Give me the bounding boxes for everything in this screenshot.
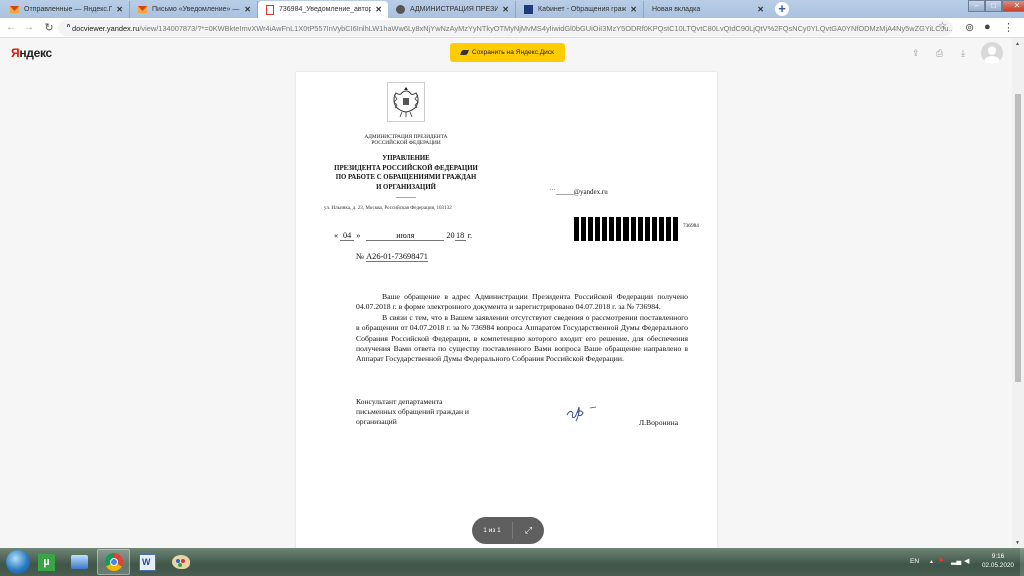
close-tab-icon[interactable]: ✕: [244, 5, 251, 14]
registration-number: № А26-01-73698471: [356, 252, 428, 261]
divider: [396, 197, 416, 198]
address-bar[interactable]: docviewer.yandex.ru/view/134007873/?*=0K…: [58, 20, 953, 36]
word-icon: [139, 554, 156, 571]
tab-notification-letter[interactable]: Письмо «Уведомление» — почта ✕: [130, 1, 258, 18]
tab-document-viewer[interactable]: 736984_Уведомление_автору_8 ✕: [258, 1, 388, 18]
handwritten-signature: [564, 401, 604, 430]
avatar[interactable]: [981, 42, 1003, 64]
document-page: АДМИНИСТРАЦИЯ ПРЕЗИДЕНТА РОССИЙСКОЙ ФЕДЕ…: [296, 72, 717, 552]
network-warning-icon[interactable]: ⚑: [938, 557, 944, 565]
tab-title: Кабинет - Обращения граждан: [538, 6, 626, 13]
tab-title: Новая вкладка: [652, 6, 753, 13]
scroll-up-arrow-icon[interactable]: ▲: [1015, 41, 1020, 47]
signer-name: Л.Воронина: [639, 418, 678, 427]
reload-icon[interactable]: ↻: [42, 21, 56, 34]
tab-title: АДМИНИСТРАЦИЯ ПРЕЗИДЕНТА: [410, 6, 498, 13]
pdf-icon: [266, 5, 274, 15]
taskbar-word[interactable]: [131, 549, 164, 575]
extension-icon[interactable]: ⊚: [965, 21, 974, 34]
profile-icon[interactable]: ●: [984, 21, 991, 33]
barcode-number: 736984: [683, 223, 699, 229]
letter-body: Ваше обращение в адрес Администрации Пре…: [356, 292, 688, 365]
new-tab-button[interactable]: +: [775, 2, 789, 16]
docviewer-header: Яндекс Сохранить на Яндекс.Диск ⇪ ⎙ ⤓: [0, 38, 1012, 70]
globe-icon: [396, 5, 405, 14]
tab-new-tab[interactable]: Новая вкладка ✕: [644, 1, 770, 18]
taskbar-computer[interactable]: [63, 549, 96, 575]
tab-title: 736984_Уведомление_автору_8: [279, 6, 371, 13]
emblem-icon: [524, 5, 533, 14]
computer-icon: [71, 555, 88, 569]
page-counter: 1 из 1: [472, 527, 512, 534]
share-icon[interactable]: ⇪: [912, 48, 920, 59]
print-icon[interactable]: ⎙: [936, 48, 943, 59]
volume-icon[interactable]: ◀: [964, 557, 969, 565]
close-tab-icon[interactable]: ✕: [630, 5, 637, 14]
tab-administration[interactable]: АДМИНИСТРАЦИЯ ПРЕЗИДЕНТА ✕: [388, 1, 516, 18]
language-indicator[interactable]: EN: [910, 558, 919, 565]
scrollbar-thumb[interactable]: [1015, 94, 1021, 382]
page-scrollbar[interactable]: ▲ ▼: [1012, 38, 1024, 548]
paragraph: В связи с тем, что в Вашем заявлении отс…: [356, 313, 688, 365]
maximize-button[interactable]: □: [985, 0, 1002, 12]
paragraph: Ваше обращение в адрес Администрации Пре…: [356, 292, 688, 313]
yandex-logo[interactable]: Яндекс: [11, 46, 52, 60]
barcode: [574, 217, 678, 241]
menu-kebab-icon[interactable]: ⋮: [1003, 21, 1014, 34]
page-navigator: 1 из 1 ⤢: [472, 517, 544, 544]
taskbar-paint[interactable]: [164, 549, 197, 575]
show-desktop-button[interactable]: [1020, 548, 1024, 576]
sender-address: ул. Ильинка, д. 23, Москва, Российская Ф…: [324, 205, 452, 211]
tab-sent-mail[interactable]: Отправленные — Яндекс.Почта ✕: [2, 1, 130, 18]
document-date: « 04 » июля 2018 г.: [334, 231, 472, 241]
url-host: docviewer.yandex.ru: [72, 24, 139, 33]
system-clock[interactable]: 9:16 02.05.2020: [976, 552, 1020, 570]
paint-icon: [172, 555, 190, 569]
close-tab-icon[interactable]: ✕: [502, 5, 509, 14]
signal-icon[interactable]: ▂▄: [951, 557, 961, 565]
scroll-down-arrow-icon[interactable]: ▼: [1015, 540, 1020, 546]
close-tab-icon[interactable]: ✕: [757, 5, 764, 14]
save-to-yandex-disk-button[interactable]: Сохранить на Яндекс.Диск: [450, 43, 565, 62]
browser-toolbar: ← → ↻ docviewer.yandex.ru/view/134007873…: [0, 18, 1024, 38]
windows-taskbar: µ EN ▲ ⚑ ▂▄ ◀ 9:16 02.05.2020: [0, 548, 1024, 576]
close-window-button[interactable]: ✕: [1002, 0, 1024, 12]
download-icon[interactable]: ⤓: [961, 48, 965, 59]
bookmark-star-icon[interactable]: ☆: [938, 21, 947, 32]
back-icon[interactable]: ←: [4, 22, 18, 33]
disk-icon: [460, 50, 469, 55]
browser-tab-strip: Отправленные — Яндекс.Почта ✕ Письмо «Ув…: [0, 0, 1024, 18]
tray-expand-icon[interactable]: ▲: [929, 559, 934, 565]
tab-title: Отправленные — Яндекс.Почта: [24, 6, 112, 13]
recipient-email: ˈ˙˙_____@yandex.ru: [549, 188, 608, 196]
yandex-mail-icon: [138, 6, 147, 13]
fullscreen-expand-icon[interactable]: ⤢: [513, 525, 544, 536]
close-tab-icon[interactable]: ✕: [116, 5, 123, 14]
close-tab-icon[interactable]: ✕: [375, 5, 382, 14]
minimize-button[interactable]: –: [968, 0, 985, 12]
taskbar-utorrent[interactable]: µ: [30, 549, 63, 575]
signer-position: Консультант департамента письменных обра…: [356, 397, 469, 427]
department-title: УПРАВЛЕНИЕ ПРЕЗИДЕНТА РОССИЙСКОЙ ФЕДЕРАЦ…: [316, 154, 496, 192]
forward-icon[interactable]: →: [22, 22, 36, 33]
window-controls: – □ ✕: [968, 0, 1024, 12]
yandex-mail-icon: [10, 6, 19, 13]
russian-emblem-icon: [387, 82, 425, 122]
administration-title: АДМИНИСТРАЦИЯ ПРЕЗИДЕНТА РОССИЙСКОЙ ФЕДЕ…: [336, 134, 476, 147]
utorrent-icon: µ: [38, 554, 55, 571]
start-button[interactable]: [6, 550, 30, 574]
tab-title: Письмо «Уведомление» — почта: [152, 6, 240, 13]
url-path: /view/134007873/?*=0KWBkteImvXWr4iAwFnL1…: [139, 24, 953, 33]
taskbar-chrome[interactable]: [97, 549, 130, 575]
save-button-label: Сохранить на Яндекс.Диск: [472, 49, 554, 56]
tab-citizen-cabinet[interactable]: Кабинет - Обращения граждан ✕: [516, 1, 644, 18]
chrome-icon: [105, 553, 123, 571]
